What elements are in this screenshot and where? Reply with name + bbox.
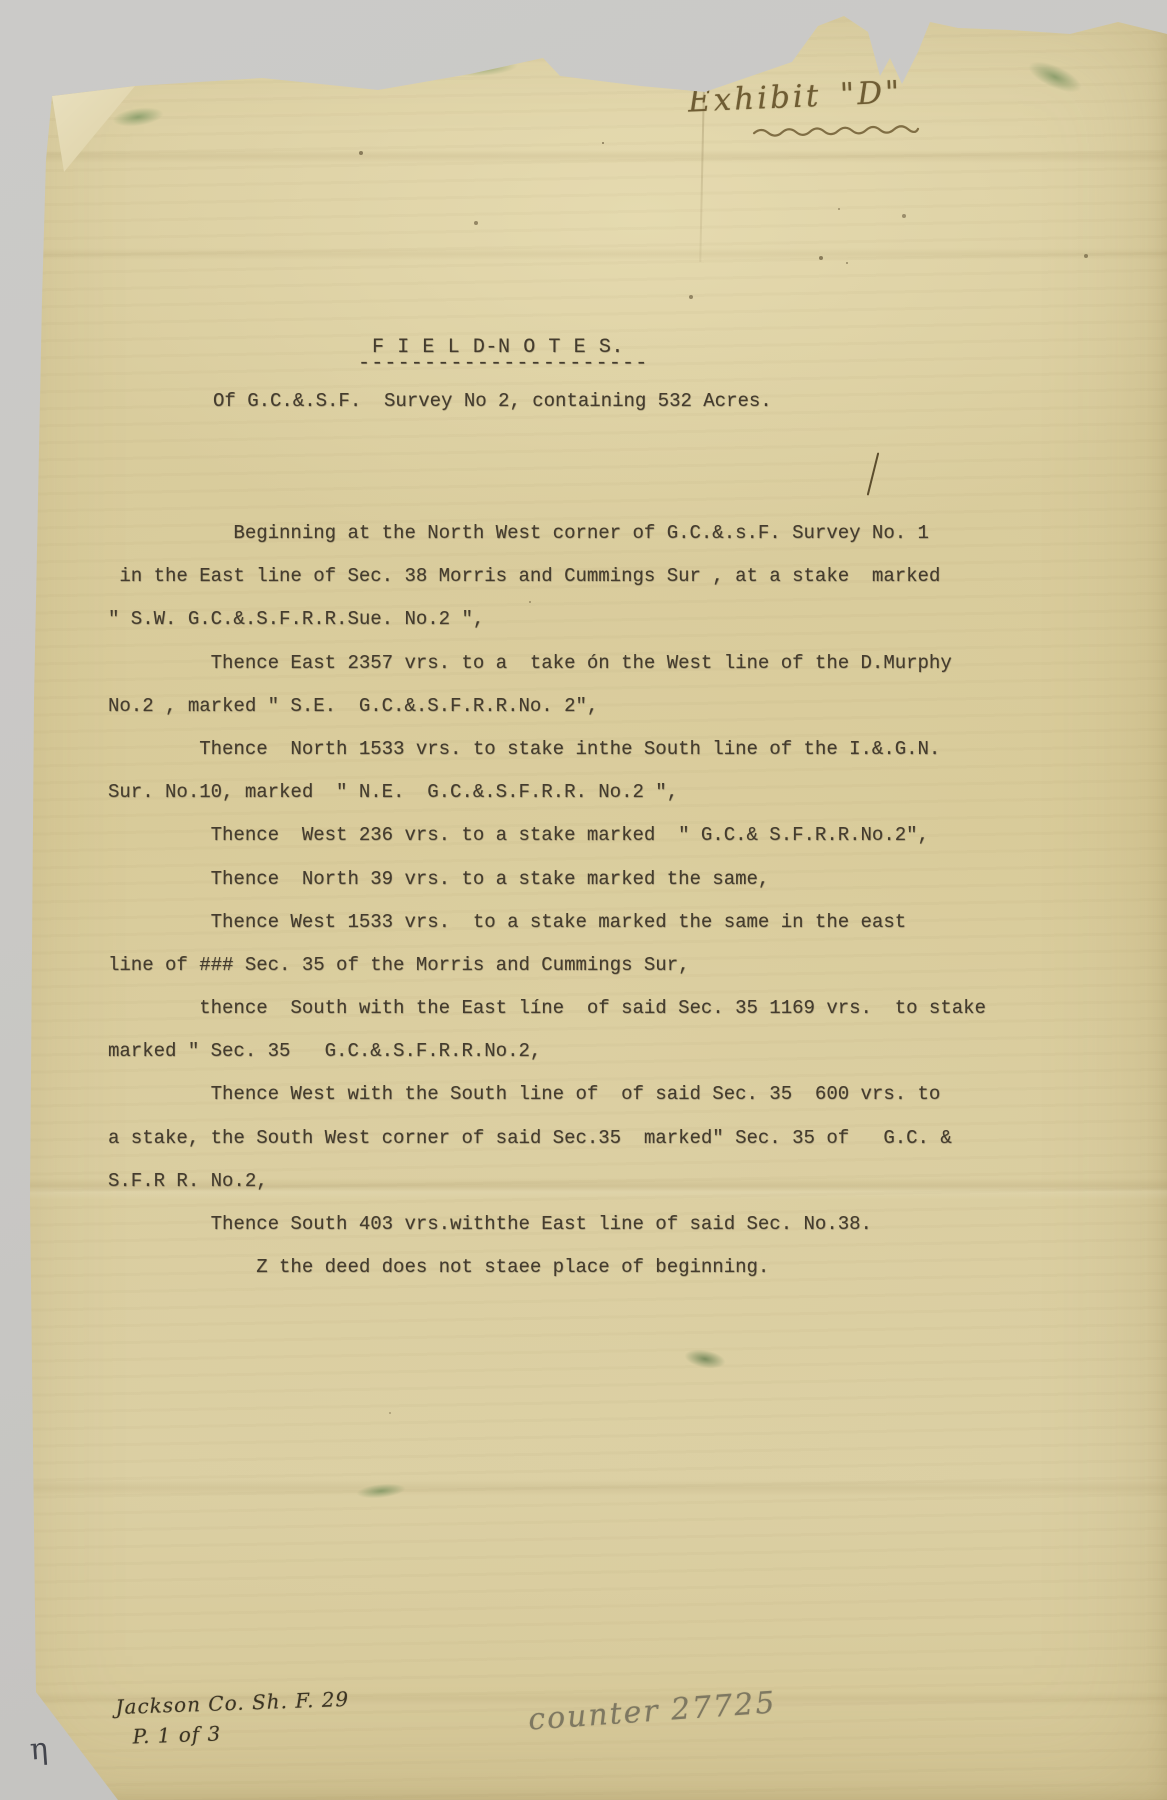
typed-line: line of ### Sec. 35 of the Morris and Cu… (108, 944, 1118, 987)
archive-ref-page: P. 1 of 3 (132, 1714, 351, 1752)
typed-line: in the East line of Sec. 38 Morris and C… (108, 555, 1118, 598)
typed-line: S.F.R R. No.2, (108, 1160, 1118, 1203)
typed-line: thence South with the East líne of said … (108, 987, 1118, 1030)
folded-corner (50, 84, 140, 176)
document-subtitle: Of G.C.&.S.F. Survey No 2, containing 53… (213, 390, 772, 412)
field-notes-body: Beginning at the North West corner of G.… (108, 512, 1118, 1289)
counter-annotation: counter 27725 (527, 1685, 777, 1737)
archive-reference: Jackson Co. Sh. F. 29 P. 1 of 3 (115, 1684, 351, 1752)
typed-line: Thence South 403 vrs.withthe East line o… (108, 1203, 1118, 1246)
typed-line: Thence North 39 vrs. to a stake marked t… (108, 858, 1118, 901)
typed-line: Thence East 2357 vrs. to a take ón the W… (108, 642, 1118, 685)
green-smudge (111, 104, 165, 129)
typed-line: Z the deed does not staee place of begin… (108, 1246, 1118, 1289)
typed-line: a stake, the South West corner of said S… (108, 1117, 1118, 1160)
typed-line: Beginning at the North West corner of G.… (108, 512, 1118, 555)
typed-line: No.2 , marked " S.E. G.C.&.S.F.R.R.No. 2… (108, 685, 1118, 728)
exhibit-wavy-underline (752, 122, 920, 138)
typed-line: Thence West 236 vrs. to a stake marked "… (108, 814, 1118, 857)
typed-line: Sur. No.10, marked " N.E. G.C.&.S.F.R.R.… (108, 771, 1118, 814)
scanned-paper-sheet: Exhibit "D" F I E L D-N O T E S. -------… (0, 0, 1167, 1800)
green-smudge (1024, 55, 1086, 99)
green-smudge (355, 1481, 406, 1500)
typed-line: marked " Sec. 35 G.C.&.S.F.R.R.No.2, (108, 1030, 1118, 1073)
paper-crease (699, 0, 706, 262)
title-dashed-underline: ---------------------- (358, 352, 648, 375)
corner-ink-mark: η (29, 1731, 49, 1767)
typed-line: Thence West with the South line of of sa… (108, 1073, 1118, 1116)
green-smudge (683, 1346, 727, 1371)
typed-line: Thence West 1533 vrs. to a stake marked … (108, 901, 1118, 944)
exhibit-annotation: Exhibit "D" (687, 72, 948, 119)
typed-line: " S.W. G.C.&.S.F.R.R.Sue. No.2 ", (108, 598, 1118, 641)
paper-speckles (0, 0, 2, 2)
pen-slash-mark (867, 452, 880, 495)
green-smudge (448, 58, 519, 79)
green-smudge (68, 22, 118, 61)
typed-line: Thence North 1533 vrs. to stake inthe So… (108, 728, 1118, 771)
